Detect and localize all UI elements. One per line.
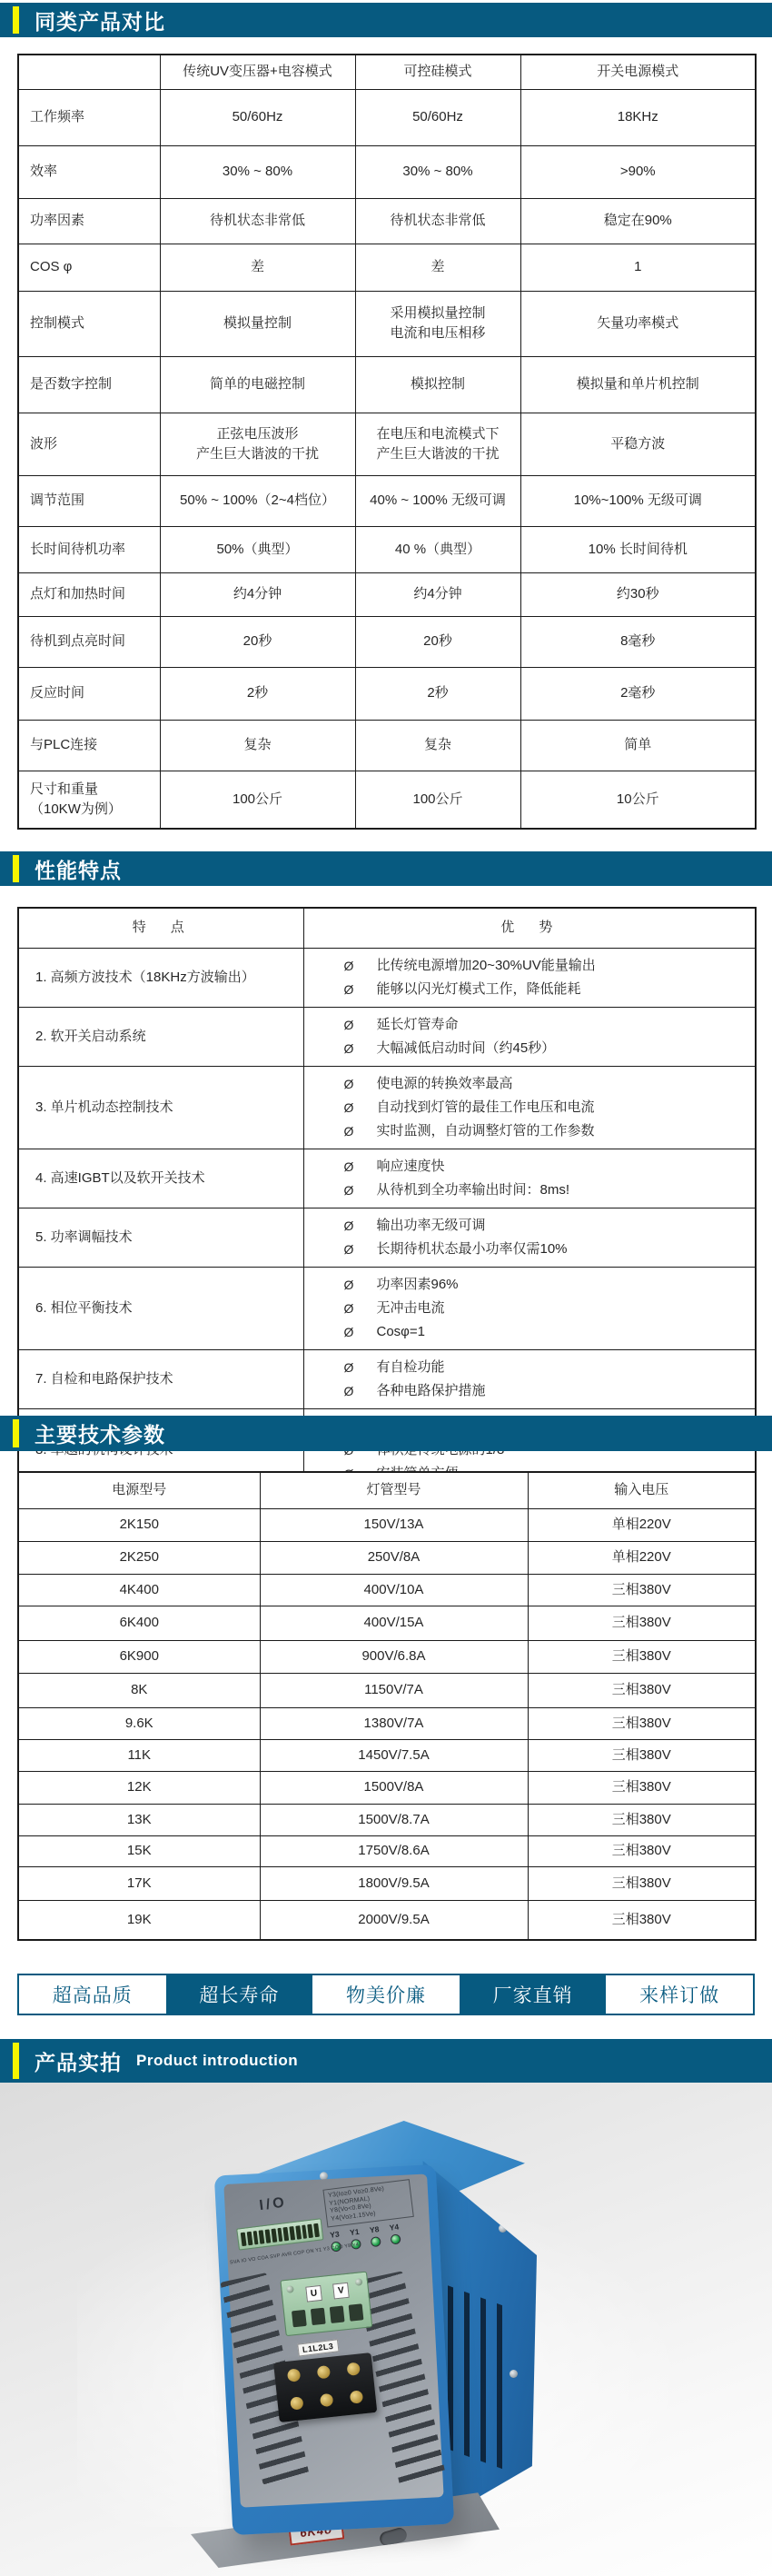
uv-power-supply-photo: 6K4o I/O Y3(Io≥0 Vo≥0.8Ve) Y1(NORMAL) Y8… xyxy=(207,2117,579,2561)
section-title: 同类产品对比 xyxy=(35,5,165,35)
table-row: 反应时间2秒2秒2毫秒 xyxy=(18,667,756,720)
section-header-product-photo: 产品实拍 Product introduction xyxy=(0,2039,772,2083)
table-row: 是否数字控制简单的电磁控制模拟控制模拟量和单片机控制 xyxy=(18,356,756,413)
slashed-o-bullet-icon: Ø xyxy=(344,1273,377,1297)
spec-cell: 三相380V xyxy=(528,1707,756,1739)
spec-cell: 单相220V xyxy=(528,1508,756,1541)
device-front-panel: I/O Y3(Io≥0 Vo≥0.8Ve) Y1(NORMAL) Y8(Vo<0… xyxy=(223,2173,443,2507)
column-header: 输入电压 xyxy=(528,1472,756,1508)
spec-cell: 1800V/9.5A xyxy=(260,1866,528,1900)
promo-badge: 厂家直销 xyxy=(460,1975,607,2014)
advantage-list: Ø响应速度快Ø从待机到全功率输出时间：8ms! xyxy=(303,1149,756,1208)
comparison-cell: 50/60Hz xyxy=(160,89,355,145)
spec-cell: 三相380V xyxy=(528,1771,756,1804)
table-row: 调节范围50% ~ 100%（2~4档位）40% ~ 100% 无级可调10%~… xyxy=(18,475,756,526)
table-row: 4. 高速IGBT以及软开关技术Ø响应速度快Ø从待机到全功率输出时间：8ms! xyxy=(18,1149,756,1208)
slashed-o-bullet-icon: Ø xyxy=(344,1320,377,1344)
row-label: 波形 xyxy=(18,413,160,475)
comparison-cell: 约30秒 xyxy=(520,572,756,616)
slashed-o-bullet-icon: Ø xyxy=(344,1238,377,1261)
table-row: 6K400400V/15A三相380V xyxy=(18,1606,756,1640)
spec-cell: 9.6K xyxy=(18,1707,260,1739)
table-row: 12K1500V/8A三相380V xyxy=(18,1771,756,1804)
row-label: 与PLC连接 xyxy=(18,720,160,771)
advantage-item: Ø实时监测，自动调整灯管的工作参数 xyxy=(308,1119,752,1143)
advantage-item: Ø延长灯管寿命 xyxy=(308,1013,752,1037)
spec-cell: 6K900 xyxy=(18,1640,260,1673)
slashed-o-bullet-icon: Ø xyxy=(344,1155,377,1179)
advantage-list: Ø输出功率无级可调Ø长期待机状态最小功率仅需10% xyxy=(303,1208,756,1267)
green-led-icon xyxy=(390,2233,401,2244)
feature-name: 2. 软开关启动系统 xyxy=(18,1007,303,1066)
advantage-item: Ø大幅减低启动时间（约45秒） xyxy=(308,1037,752,1060)
terminal-screw-icon xyxy=(287,2368,301,2382)
comparison-cell: 差 xyxy=(355,244,520,291)
promo-badge: 来样订做 xyxy=(606,1975,753,2014)
io-label: I/O xyxy=(259,2195,288,2215)
row-label: 尺寸和重量 （10KW为例） xyxy=(18,771,160,829)
slashed-o-bullet-icon: Ø xyxy=(344,1297,377,1320)
table-row: 2K250250V/8A单相220V xyxy=(18,1541,756,1574)
spec-cell: 三相380V xyxy=(528,1640,756,1673)
row-label: 调节范围 xyxy=(18,475,160,526)
spec-cell: 8K xyxy=(18,1673,260,1707)
section-header-specs: 主要技术参数 xyxy=(0,1416,772,1451)
advantage-item: Ø响应速度快 xyxy=(308,1155,752,1179)
spec-cell: 17K xyxy=(18,1866,260,1900)
comparison-cell: 平稳方波 xyxy=(520,413,756,475)
advantage-item: Ø从待机到全功率输出时间：8ms! xyxy=(308,1179,752,1202)
led-legend-label: Y3(Io≥0 Vo≥0.8Ve) Y1(NORMAL) Y8(Vo<0.8Ve… xyxy=(322,2179,413,2227)
column-header: 开关电源模式 xyxy=(520,55,756,89)
comparison-cell: 50%（典型） xyxy=(160,526,355,572)
screw-icon xyxy=(510,2370,518,2378)
feature-name: 4. 高速IGBT以及软开关技术 xyxy=(18,1149,303,1208)
spec-cell: 4K400 xyxy=(18,1574,260,1606)
comparison-cell: 简单的电磁控制 xyxy=(160,356,355,413)
feature-name: 1. 高频方波技术（18KHz方波输出） xyxy=(18,948,303,1007)
slashed-o-bullet-icon: Ø xyxy=(344,1214,377,1238)
comparison-cell: 待机状态非常低 xyxy=(160,198,355,244)
comparison-cell: 20秒 xyxy=(355,616,520,667)
yellow-accent-bar xyxy=(13,2043,19,2079)
spec-cell: 三相380V xyxy=(528,1866,756,1900)
spec-cell: 三相380V xyxy=(528,1606,756,1640)
comparison-cell: 约4分钟 xyxy=(355,572,520,616)
table-row: 点灯和加热时间约4分钟约4分钟约30秒 xyxy=(18,572,756,616)
table-row: 13K1500V/8.7A三相380V xyxy=(18,1804,756,1835)
screw-icon xyxy=(499,2224,507,2233)
advantage-list: Ø功率因素96%Ø无冲击电流ØCosφ=1 xyxy=(303,1267,756,1349)
comparison-cell: 50% ~ 100%（2~4档位） xyxy=(160,475,355,526)
spec-cell: 12K xyxy=(18,1771,260,1804)
spec-cell: 1380V/7A xyxy=(260,1707,528,1739)
comparison-cell: 30% ~ 80% xyxy=(160,145,355,198)
comparison-cell: 30% ~ 80% xyxy=(355,145,520,198)
spec-cell: 15K xyxy=(18,1835,260,1866)
comparison-cell: 简单 xyxy=(520,720,756,771)
comparison-cell: 100公斤 xyxy=(160,771,355,829)
feature-name: 3. 单片机动态控制技术 xyxy=(18,1066,303,1149)
terminal-screw-icon xyxy=(290,2396,303,2410)
column-header: 电源型号 xyxy=(18,1472,260,1508)
row-label: 控制模式 xyxy=(18,291,160,356)
comparison-cell: 模拟量和单片机控制 xyxy=(520,356,756,413)
spec-cell: 三相380V xyxy=(528,1574,756,1606)
section-header-features: 性能特点 xyxy=(0,851,772,886)
comparison-cell: 20秒 xyxy=(160,616,355,667)
table-row: 8K1150V/7A三相380V xyxy=(18,1673,756,1707)
slashed-o-bullet-icon: Ø xyxy=(344,1356,377,1379)
row-label: 点灯和加热时间 xyxy=(18,572,160,616)
table-row: 4K400400V/10A三相380V xyxy=(18,1574,756,1606)
advantage-item: Ø无冲击电流 xyxy=(308,1297,752,1320)
row-label: 反应时间 xyxy=(18,667,160,720)
feature-name: 6. 相位平衡技术 xyxy=(18,1267,303,1349)
product-photo-area: 6K4o I/O Y3(Io≥0 Vo≥0.8Ve) Y1(NORMAL) Y8… xyxy=(0,2083,772,2576)
terminal-screw-icon xyxy=(317,2365,331,2379)
table-row: 尺寸和重量 （10KW为例）100公斤100公斤10公斤 xyxy=(18,771,756,829)
comparison-cell: >90% xyxy=(520,145,756,198)
advantage-list: Ø使电源的转换效率最高Ø自动找到灯管的最佳工作电压和电流Ø实时监测，自动调整灯管… xyxy=(303,1066,756,1149)
promo-badge: 超长寿命 xyxy=(166,1975,313,2014)
comparison-cell: 在电压和电流模式下 产生巨大谐波的干扰 xyxy=(355,413,520,475)
promo-badges-row: 超高品质超长寿命物美价廉厂家直销来样订做 xyxy=(17,1974,755,2015)
comparison-cell: 正弦电压波形 产生巨大谐波的干扰 xyxy=(160,413,355,475)
comparison-cell: 模拟控制 xyxy=(355,356,520,413)
column-header: 特 点 xyxy=(18,908,303,948)
row-label: 是否数字控制 xyxy=(18,356,160,413)
spec-cell: 2K150 xyxy=(18,1508,260,1541)
section-header-comparison: 同类产品对比 xyxy=(0,3,772,37)
spec-cell: 1750V/8.6A xyxy=(260,1835,528,1866)
spec-cell: 2000V/9.5A xyxy=(260,1900,528,1940)
row-label: 工作频率 xyxy=(18,89,160,145)
table-row: 功率因素待机状态非常低待机状态非常低稳定在90% xyxy=(18,198,756,244)
comparison-cell: 40 %（典型） xyxy=(355,526,520,572)
comparison-cell: 复杂 xyxy=(160,720,355,771)
advantage-item: Ø有自检功能 xyxy=(308,1356,752,1379)
promo-badge: 物美价廉 xyxy=(312,1975,460,2014)
advantage-item: Ø长期待机状态最小功率仅需10% xyxy=(308,1238,752,1261)
row-label: 待机到点亮时间 xyxy=(18,616,160,667)
table-row: 1. 高频方波技术（18KHz方波输出）Ø比传统电源增加20~30%UV能量输出… xyxy=(18,948,756,1007)
table-row: 控制模式模拟量控制采用模拟量控制 电流和电压相移矢量功率模式 xyxy=(18,291,756,356)
screw-icon xyxy=(286,2285,294,2293)
advantage-item: Ø各种电路保护措施 xyxy=(308,1379,752,1403)
comparison-cell: 2秒 xyxy=(355,667,520,720)
column-header: 灯管型号 xyxy=(260,1472,528,1508)
slashed-o-bullet-icon: Ø xyxy=(344,1037,377,1060)
table-row: 15K1750V/8.6A三相380V xyxy=(18,1835,756,1866)
spec-cell: 400V/15A xyxy=(260,1606,528,1640)
spec-cell: 三相380V xyxy=(528,1900,756,1940)
spec-cell: 13K xyxy=(18,1804,260,1835)
spec-cell: 250V/8A xyxy=(260,1541,528,1574)
spec-cell: 1150V/7A xyxy=(260,1673,528,1707)
specs-table: 电源型号灯管型号输入电压2K150150V/13A单相220V2K250250V… xyxy=(17,1471,757,1941)
row-label: 长时间待机功率 xyxy=(18,526,160,572)
spec-cell: 1450V/7.5A xyxy=(260,1739,528,1771)
comparison-cell: 2秒 xyxy=(160,667,355,720)
table-row: 效率30% ~ 80%30% ~ 80%>90% xyxy=(18,145,756,198)
slashed-o-bullet-icon: Ø xyxy=(344,954,377,978)
section-title: 性能特点 xyxy=(35,854,122,884)
spec-cell: 150V/13A xyxy=(260,1508,528,1541)
comparison-cell: 差 xyxy=(160,244,355,291)
spec-cell: 2K250 xyxy=(18,1541,260,1574)
comparison-cell: 8毫秒 xyxy=(520,616,756,667)
section-title: 产品实拍 xyxy=(35,2046,122,2076)
table-row: 与PLC连接复杂复杂简单 xyxy=(18,720,756,771)
spec-cell: 单相220V xyxy=(528,1541,756,1574)
device-front-casing: I/O Y3(Io≥0 Vo≥0.8Ve) Y1(NORMAL) Y8(Vo<0… xyxy=(214,2164,454,2535)
row-label: 功率因素 xyxy=(18,198,160,244)
advantage-list: Ø比传统电源增加20~30%UV能量输出Ø能够以闪光灯模式工作，降低能耗 xyxy=(303,948,756,1007)
table-row: 工作频率50/60Hz50/60Hz18KHz xyxy=(18,89,756,145)
column-header: 优 势 xyxy=(303,908,756,948)
terminal-screw-icon xyxy=(350,2390,363,2403)
column-header xyxy=(18,55,160,89)
terminal-label-u: U xyxy=(305,2285,322,2302)
spec-cell: 400V/10A xyxy=(260,1574,528,1606)
advantage-list: Ø延长灯管寿命Ø大幅减低启动时间（约45秒） xyxy=(303,1007,756,1066)
comparison-cell: 18KHz xyxy=(520,89,756,145)
advantage-list: Ø有自检功能Ø各种电路保护措施 xyxy=(303,1349,756,1408)
slashed-o-bullet-icon: Ø xyxy=(344,1013,377,1037)
table-row: COS φ差差1 xyxy=(18,244,756,291)
table-row: 待机到点亮时间20秒20秒8毫秒 xyxy=(18,616,756,667)
terminal-pin-slots xyxy=(292,2303,363,2327)
section-title: 主要技术参数 xyxy=(35,1418,165,1448)
terminal-screw-icon xyxy=(347,2362,361,2376)
slashed-o-bullet-icon: Ø xyxy=(344,1179,377,1202)
uv-output-terminal: U V xyxy=(280,2272,372,2337)
spec-cell: 三相380V xyxy=(528,1835,756,1866)
table-row: 2K150150V/13A单相220V xyxy=(18,1508,756,1541)
table-row: 3. 单片机动态控制技术Ø使电源的转换效率最高Ø自动找到灯管的最佳工作电压和电流… xyxy=(18,1066,756,1149)
table-row: 19K2000V/9.5A三相380V xyxy=(18,1900,756,1940)
status-led: Y4 xyxy=(389,2222,401,2244)
advantage-item: Ø功率因素96% xyxy=(308,1273,752,1297)
slashed-o-bullet-icon: Ø xyxy=(344,1096,377,1119)
table-row: 6K900900V/6.8A三相380V xyxy=(18,1640,756,1673)
row-label: 效率 xyxy=(18,145,160,198)
table-row: 9.6K1380V/7A三相380V xyxy=(18,1707,756,1739)
spec-cell: 1500V/8.7A xyxy=(260,1804,528,1835)
power-terminal-block xyxy=(273,2352,377,2422)
slashed-o-bullet-icon: Ø xyxy=(344,1119,377,1143)
row-label: COS φ xyxy=(18,244,160,291)
table-row: 2. 软开关启动系统Ø延长灯管寿命Ø大幅减低启动时间（约45秒） xyxy=(18,1007,756,1066)
terminal-screw-icon xyxy=(320,2393,333,2407)
comparison-cell: 待机状态非常低 xyxy=(355,198,520,244)
advantage-item: Ø比传统电源增加20~30%UV能量输出 xyxy=(308,954,752,978)
yellow-accent-bar xyxy=(13,1419,19,1447)
spec-cell: 900V/6.8A xyxy=(260,1640,528,1673)
advantage-item: Ø能够以闪光灯模式工作，降低能耗 xyxy=(308,978,752,1001)
feature-name: 7. 自检和电路保护技术 xyxy=(18,1349,303,1408)
feature-name: 5. 功率调幅技术 xyxy=(18,1208,303,1267)
spec-cell: 19K xyxy=(18,1900,260,1940)
comparison-table: 传统UV变压器+电容模式可控硅模式开关电源模式工作频率50/60Hz50/60H… xyxy=(17,54,757,830)
comparison-cell: 稳定在90% xyxy=(520,198,756,244)
promo-badge: 超高品质 xyxy=(19,1975,166,2014)
comparison-cell: 2毫秒 xyxy=(520,667,756,720)
power-input-label: L1L2L3 xyxy=(297,2339,339,2356)
column-header: 传统UV变压器+电容模式 xyxy=(160,55,355,89)
table-row: 17K1800V/9.5A三相380V xyxy=(18,1866,756,1900)
comparison-cell: 矢量功率模式 xyxy=(520,291,756,356)
table-row: 11K1450V/7.5A三相380V xyxy=(18,1739,756,1771)
spec-cell: 1500V/8A xyxy=(260,1771,528,1804)
advantage-item: Ø输出功率无级可调 xyxy=(308,1214,752,1238)
comparison-cell: 10%~100% 无级可调 xyxy=(520,475,756,526)
table-row: 6. 相位平衡技术Ø功率因素96%Ø无冲击电流ØCosφ=1 xyxy=(18,1267,756,1349)
bracket-slot xyxy=(378,2526,408,2548)
features-table: 特 点优 势1. 高频方波技术（18KHz方波输出）Ø比传统电源增加20~30%… xyxy=(17,907,757,1493)
table-row: 7. 自检和电路保护技术Ø有自检功能Ø各种电路保护措施 xyxy=(18,1349,756,1408)
table-row: 5. 功率调幅技术Ø输出功率无级可调Ø长期待机状态最小功率仅需10% xyxy=(18,1208,756,1267)
table-row: 波形正弦电压波形 产生巨大谐波的干扰在电压和电流模式下 产生巨大谐波的干扰平稳方… xyxy=(18,413,756,475)
spec-cell: 11K xyxy=(18,1739,260,1771)
status-led: Y8 xyxy=(369,2224,381,2247)
slashed-o-bullet-icon: Ø xyxy=(344,978,377,1001)
slashed-o-bullet-icon: Ø xyxy=(344,1072,377,1096)
screw-icon xyxy=(355,2278,363,2286)
yellow-accent-bar xyxy=(13,855,19,882)
advantage-item: ØCosφ=1 xyxy=(308,1320,752,1344)
comparison-cell: 100公斤 xyxy=(355,771,520,829)
comparison-cell: 10公斤 xyxy=(520,771,756,829)
yellow-accent-bar xyxy=(13,6,19,34)
comparison-cell: 1 xyxy=(520,244,756,291)
spec-cell: 三相380V xyxy=(528,1673,756,1707)
green-led-icon xyxy=(371,2236,381,2247)
advantage-item: Ø使电源的转换效率最高 xyxy=(308,1072,752,1096)
comparison-cell: 10% 长时间待机 xyxy=(520,526,756,572)
advantage-item: Ø自动找到灯管的最佳工作电压和电流 xyxy=(308,1096,752,1119)
section-subtitle: Product introduction xyxy=(136,2052,298,2070)
spec-cell: 6K400 xyxy=(18,1606,260,1640)
comparison-cell: 约4分钟 xyxy=(160,572,355,616)
spec-cell: 三相380V xyxy=(528,1739,756,1771)
terminal-label-v: V xyxy=(332,2283,350,2300)
side-vent-slots xyxy=(448,2285,511,2472)
spec-cell: 三相380V xyxy=(528,1804,756,1835)
comparison-cell: 采用模拟量控制 电流和电压相移 xyxy=(355,291,520,356)
comparison-cell: 40% ~ 100% 无级可调 xyxy=(355,475,520,526)
comparison-cell: 50/60Hz xyxy=(355,89,520,145)
table-row: 长时间待机功率50%（典型）40 %（典型）10% 长时间待机 xyxy=(18,526,756,572)
comparison-cell: 模拟量控制 xyxy=(160,291,355,356)
comparison-cell: 复杂 xyxy=(355,720,520,771)
slashed-o-bullet-icon: Ø xyxy=(344,1379,377,1403)
io-terminal-connector xyxy=(236,2218,323,2250)
column-header: 可控硅模式 xyxy=(355,55,520,89)
product-detail-page: 同类产品对比 传统UV变压器+电容模式可控硅模式开关电源模式工作频率50/60H… xyxy=(0,0,772,2576)
